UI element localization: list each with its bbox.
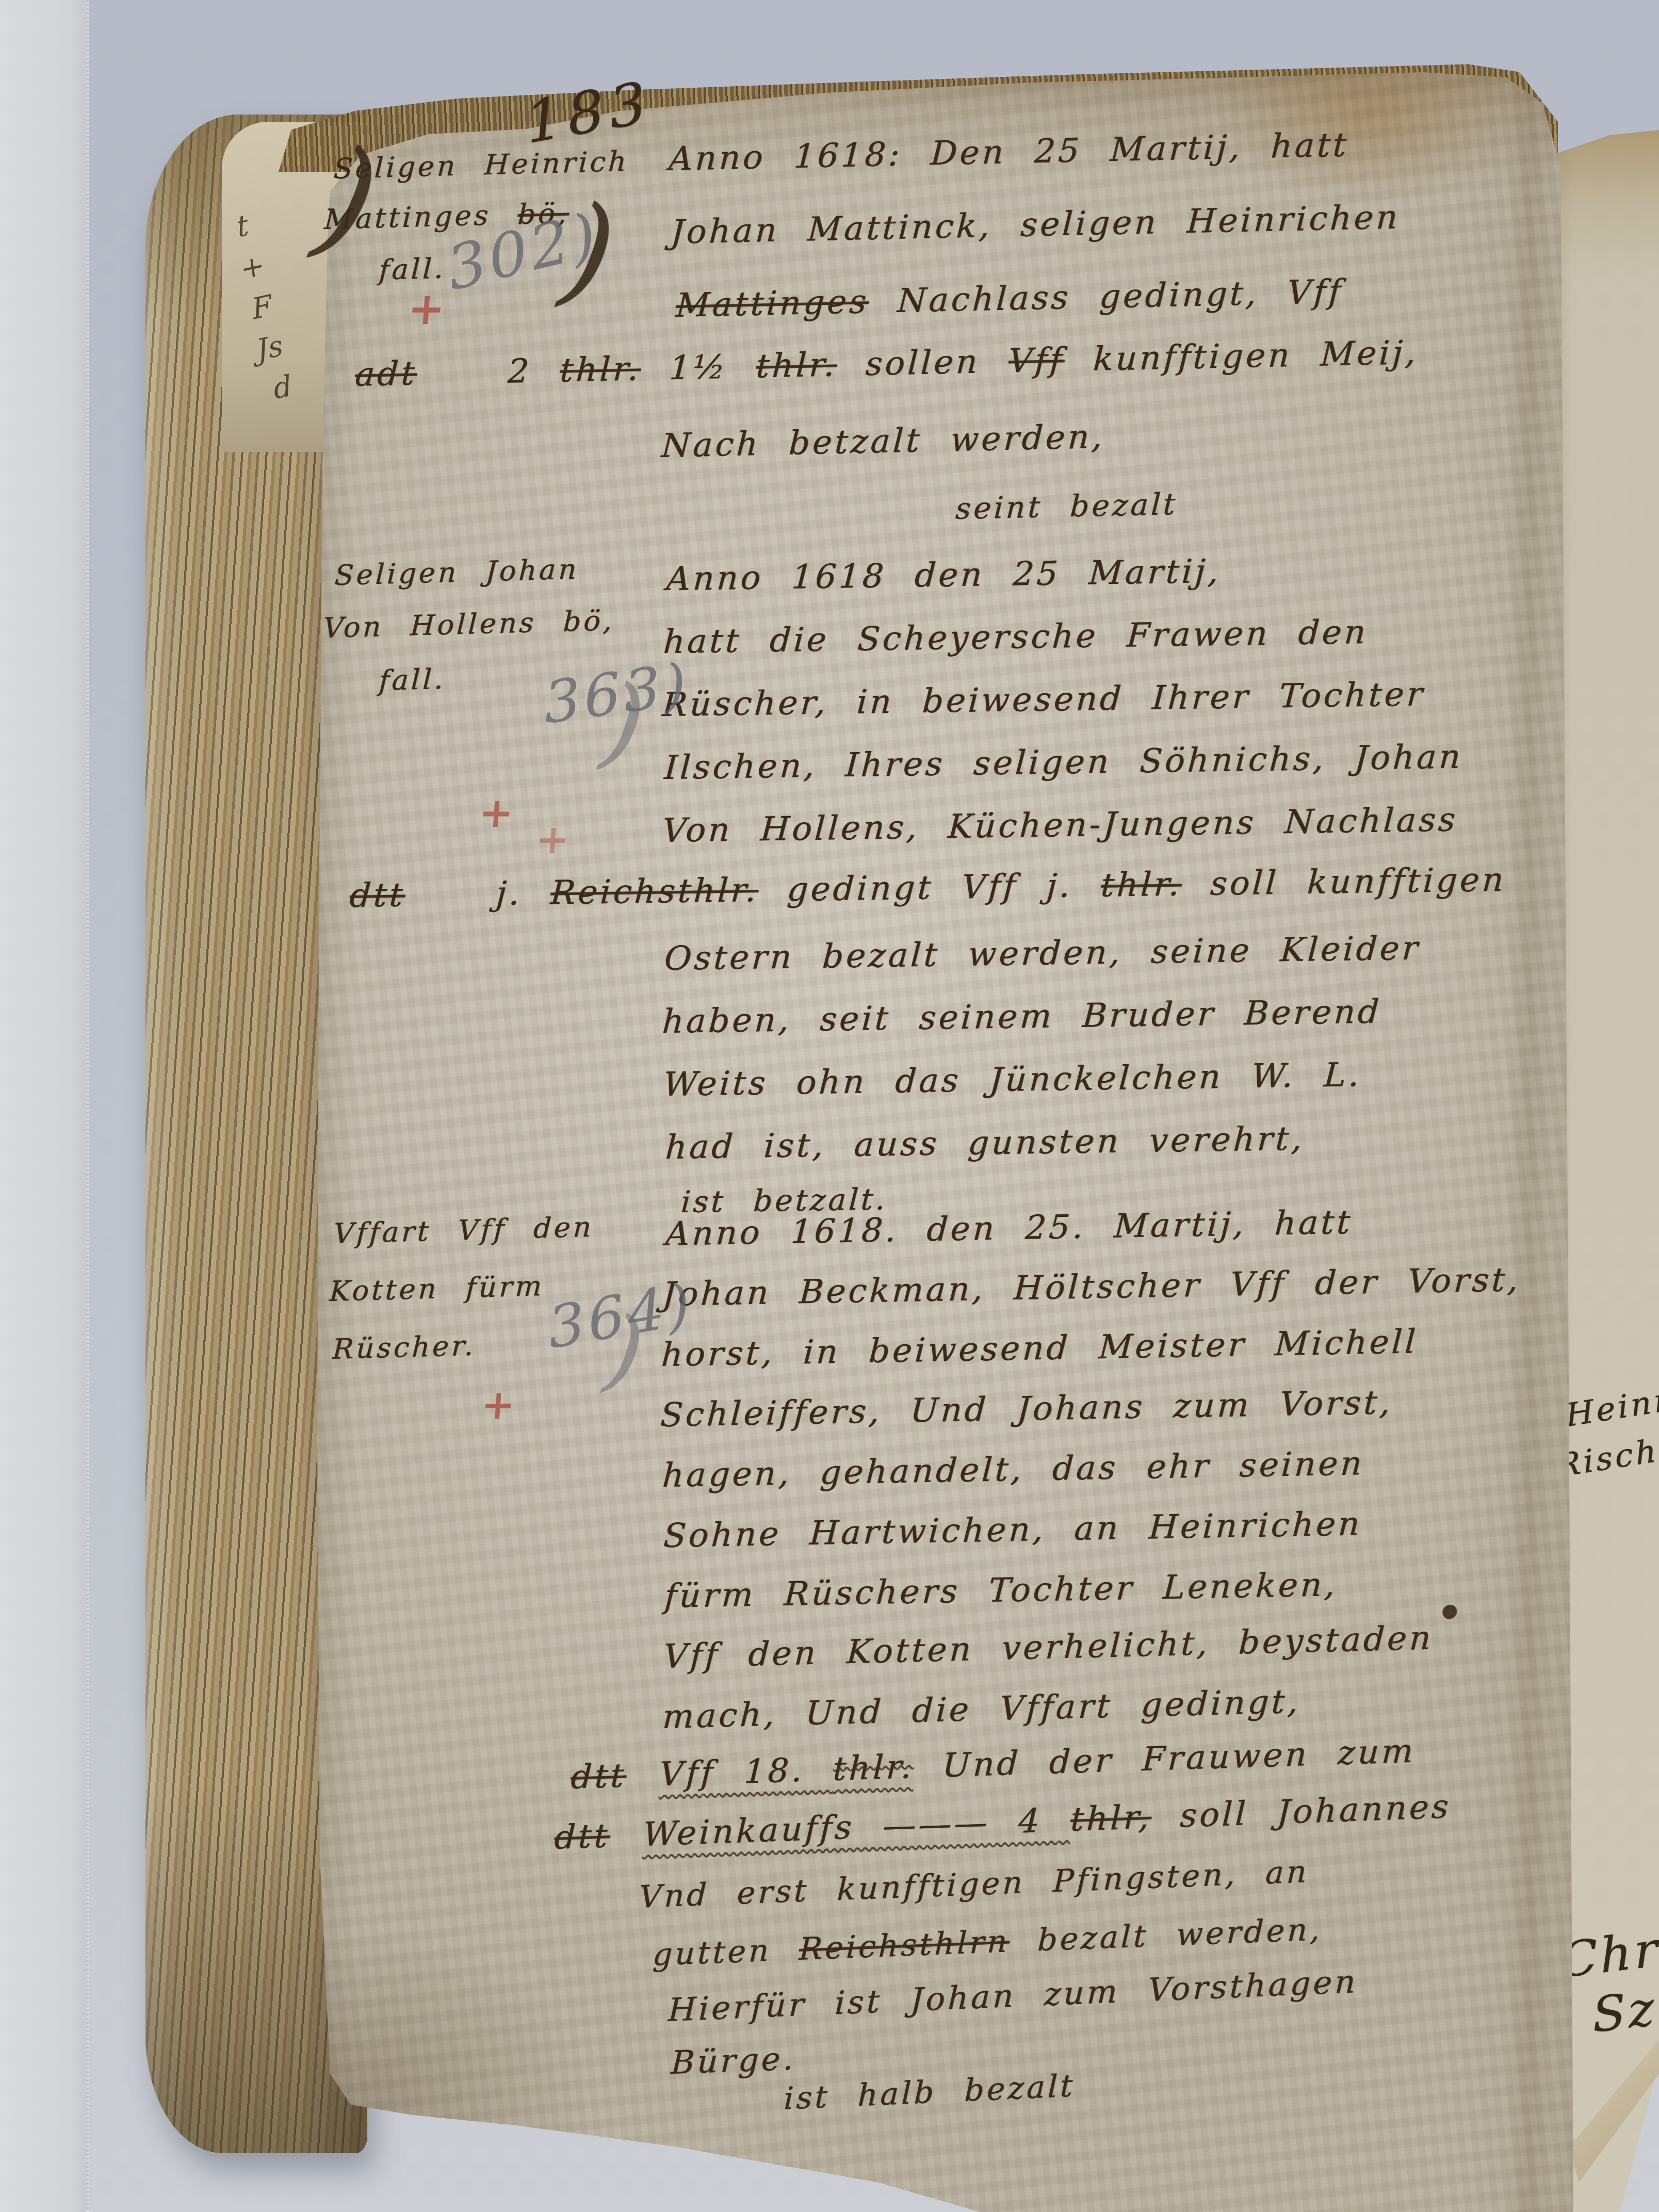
entry-3-uffart-uff-den-kotten-fuerm-ruescher-line: Kotten fürm (329, 1270, 545, 1308)
entry-1-seligen-heinrich-mattinges-boefall-line: Anno 1618: Den 25 Martij, hatt (668, 126, 1349, 178)
manuscript-text: Johan Mattinck, seligen Heinrichen (670, 198, 1401, 252)
entry-2-seligen-johan-von-hollens-boefall-line: Anno 1618 den 25 Martij, (665, 552, 1222, 598)
entry-3-uffart-uff-den-kotten-fuerm-ruescher-line: hagen, gehandelt, das ehr seinen (661, 1444, 1365, 1495)
manuscript-text: haben, seit seinem Bruder Berend (661, 993, 1382, 1041)
entry-2-seligen-johan-von-hollens-boefall-line: had ist, auss gunsten verehrt, (664, 1120, 1306, 1167)
entry-2-seligen-johan-von-hollens-boefall-line: fall. (378, 663, 446, 697)
manuscript-text: Vff 18. (659, 1750, 834, 1794)
manuscript-text: Rüscher, in beiwesend Ihrer Tochter (661, 675, 1426, 724)
manuscript-text: thlr. (755, 346, 838, 385)
manuscript-text: horst, in beiwesend Meister Michell (660, 1323, 1419, 1374)
manuscript-text: fürm Rüschers Tochter Leneken, (663, 1566, 1338, 1616)
entry-2-seligen-johan-von-hollens-boefall-line: Ostern bezalt werden, seine Kleider (663, 930, 1421, 978)
page-text-layer: 183 Seligen HeinrichMattinges bö,fall.An… (0, 0, 1659, 2212)
manuscript-text: Reichsthlr. (549, 871, 759, 913)
manuscript-text: gutten (652, 1931, 800, 1973)
manuscript-text: hagen, gehandelt, das ehr seinen (661, 1444, 1365, 1495)
manuscript-text: fall. (378, 252, 446, 286)
manuscript-text: Von Hollens, Küchen-Jungens Nachlass (661, 801, 1459, 850)
manuscript-text: fall. (378, 663, 446, 697)
manuscript-text: soll Johannes (1150, 1787, 1451, 1836)
manuscript-text: Vff den Kotten verhelicht, beystaden (663, 1619, 1434, 1676)
entry-3-uffart-uff-den-kotten-fuerm-ruescher-line: Johan Beckman, Höltscher Vff der Vorst, (661, 1261, 1521, 1314)
red-cross-mark: + (477, 788, 518, 837)
manuscript-text: Von Hollens bö, (322, 604, 615, 644)
manuscript-text: Seligen Johan (334, 553, 579, 592)
manuscript-text: thlr. (832, 1748, 914, 1788)
entry-3-uffart-uff-den-kotten-fuerm-ruescher-line: horst, in beiwesend Meister Michell (660, 1323, 1419, 1374)
entry-1-seligen-heinrich-mattinges-boefall-line: Nach betzalt werden, (660, 418, 1105, 465)
entry-2-seligen-johan-von-hollens-boefall-line: Weits ohn das Jünckelchen W. L. (662, 1056, 1362, 1104)
manuscript-text: seint bezalt (955, 486, 1179, 526)
manuscript-text: ist halb bezalt (783, 2068, 1076, 2117)
manuscript-text: Johan Beckman, Höltscher Vff der Vorst, (661, 1261, 1521, 1314)
entry-2-seligen-johan-von-hollens-boefall-line: Von Hollens, Küchen-Jungens Nachlass (661, 801, 1459, 850)
manuscript-text: sollen (836, 343, 1010, 384)
entry-2-seligen-johan-von-hollens-boefall-line: hatt die Scheyersche Frawen den (662, 613, 1369, 661)
manuscript-text: Vffart Vff den (333, 1211, 594, 1250)
entry-3-uffart-uff-den-kotten-fuerm-ruescher-line: Schleiffers, Und Johans zum Vorst, (659, 1384, 1393, 1435)
manuscript-text: Vff (1007, 341, 1065, 380)
manuscript-text: Kotten fürm (329, 1270, 545, 1308)
entry-1-seligen-heinrich-mattinges-boefall-line: adt2 thlr. 1½ thlr. sollen Vff kunfftige… (354, 334, 1419, 394)
manuscript-text: Reichsthlrn (799, 1923, 1010, 1967)
manuscript-text: Hierfür ist Johan zum Vorsthagen (668, 1962, 1358, 2029)
manuscript-text: Sohne Hartwichen, an Heinrichen (662, 1505, 1363, 1555)
entry-3-uffart-uff-den-kotten-fuerm-ruescher-line: gutten Reichsthlrn bezalt werden, (652, 1911, 1323, 1973)
manuscript-text: 2 (507, 352, 561, 391)
manuscript-text: Nach betzalt werden, (660, 418, 1105, 465)
manuscript-text: thlr. (559, 350, 642, 389)
entry-2-seligen-johan-von-hollens-boefall-line: Seligen Johan (334, 553, 579, 592)
manuscript-text: dtt (554, 1817, 610, 1857)
entry-3-uffart-uff-den-kotten-fuerm-ruescher-line: Hierfür ist Johan zum Vorsthagen (668, 1962, 1358, 2029)
red-cross-mark: + (480, 1381, 519, 1428)
entry-1-seligen-heinrich-mattinges-boefall-line: seint bezalt (955, 486, 1179, 526)
entry-3-uffart-uff-den-kotten-fuerm-ruescher-line: Bürge. (670, 2040, 796, 2081)
entry-3-uffart-uff-den-kotten-fuerm-ruescher-line: fürm Rüschers Tochter Leneken, (663, 1566, 1338, 1616)
manuscript-text: bezalt werden, (1009, 1911, 1323, 1959)
manuscript-text: Anno 1618 den 25 Martij, (665, 552, 1222, 598)
manuscript-text: Und der Frauwen zum (913, 1732, 1416, 1786)
entry-3-uffart-uff-den-kotten-fuerm-ruescher-line: Vffart Vff den (333, 1211, 594, 1250)
manuscript-text: thlr. (1100, 866, 1183, 905)
entry-3-uffart-uff-den-kotten-fuerm-ruescher-line: Vff den Kotten verhelicht, beystaden (663, 1619, 1434, 1676)
entry-2-seligen-johan-von-hollens-boefall-line: Rüscher, in beiwesend Ihrer Tochter (661, 675, 1426, 724)
manuscript-text: Vnd erst kunfftigen Pfingsten, an (639, 1853, 1310, 1915)
entry-3-uffart-uff-den-kotten-fuerm-ruescher-line: dttWeinkauffs ——— 4 thlr, soll Johannes (554, 1787, 1451, 1857)
entry-2-seligen-johan-von-hollens-boefall-line: dttj. Reichsthlr. gedingt Vff j. thlr. s… (349, 861, 1507, 915)
manuscript-text: Weinkauffs ——— 4 (642, 1801, 1071, 1854)
manuscript-text: hatt die Scheyersche Frawen den (662, 613, 1369, 661)
entry-1-seligen-heinrich-mattinges-boefall-line: fall. (378, 252, 446, 286)
manuscript-text: dtt (349, 876, 406, 915)
manuscript-text: kunfftigen Meij, (1064, 334, 1419, 379)
manuscript-text: dtt (570, 1757, 627, 1797)
manuscript-text: Ostern bezalt werden, seine Kleider (663, 930, 1421, 978)
manuscript-text: mach, Und die Vffart gedingt, (662, 1683, 1302, 1736)
entry-1-seligen-heinrich-mattinges-boefall-line: Mattinges Nachlass gedingt, Vff (675, 273, 1344, 325)
red-cross-mark: + (534, 816, 574, 863)
manuscript-text: Rüscher. (332, 1329, 476, 1365)
manuscript-text: 1½ (640, 348, 757, 388)
entry-3-uffart-uff-den-kotten-fuerm-ruescher-line: dttVff 18. thlr. Und der Frauwen zum (570, 1732, 1416, 1797)
entry-3-uffart-uff-den-kotten-fuerm-ruescher-line: Rüscher. (332, 1329, 476, 1365)
manuscript-text: had ist, auss gunsten verehrt, (664, 1120, 1306, 1167)
entry-2-seligen-johan-von-hollens-boefall-line: Von Hollens bö, (322, 604, 615, 644)
entry-3-uffart-uff-den-kotten-fuerm-ruescher-line: Vnd erst kunfftigen Pfingsten, an (639, 1853, 1310, 1915)
manuscript-text: soll kunfftigen (1181, 861, 1507, 904)
manuscript-text: Schleiffers, Und Johans zum Vorst, (659, 1384, 1393, 1435)
entry-2-seligen-johan-von-hollens-boefall-line: haben, seit seinem Bruder Berend (661, 993, 1382, 1041)
photo-of-manuscript: { "meta": { "subject": "Photograph of a … (0, 0, 1659, 2212)
manuscript-text: thlr, (1070, 1798, 1152, 1839)
entry-3-uffart-uff-den-kotten-fuerm-ruescher-line: mach, Und die Vffart gedingt, (662, 1683, 1302, 1736)
manuscript-text: j. (495, 874, 552, 913)
entry-1-seligen-heinrich-mattinges-boefall-line: Johan Mattinck, seligen Heinrichen (670, 198, 1401, 252)
manuscript-text: Ilschen, Ihres seligen Söhnichs, Johan (663, 738, 1464, 787)
manuscript-text: adt (354, 354, 418, 394)
manuscript-text: Nachlass gedingt, Vff (868, 273, 1344, 321)
manuscript-text: Mattinges (675, 283, 870, 325)
manuscript-text: Weits ohn das Jünckelchen W. L. (662, 1056, 1362, 1104)
entry-2-seligen-johan-von-hollens-boefall-line: Ilschen, Ihres seligen Söhnichs, Johan (663, 738, 1464, 787)
ink-flourish: ● (1441, 1600, 1461, 1621)
entry-3-uffart-uff-den-kotten-fuerm-ruescher-line: Sohne Hartwichen, an Heinrichen (662, 1505, 1363, 1555)
red-cross-mark: + (406, 283, 449, 335)
manuscript-text: Bürge. (670, 2040, 796, 2081)
manuscript-text: Anno 1618: Den 25 Martij, hatt (668, 126, 1349, 178)
page-number: 183 (522, 69, 655, 157)
entry-3-uffart-uff-den-kotten-fuerm-ruescher-line: ist halb bezalt (783, 2068, 1076, 2117)
manuscript-text: gedingt Vff j. (757, 867, 1102, 909)
